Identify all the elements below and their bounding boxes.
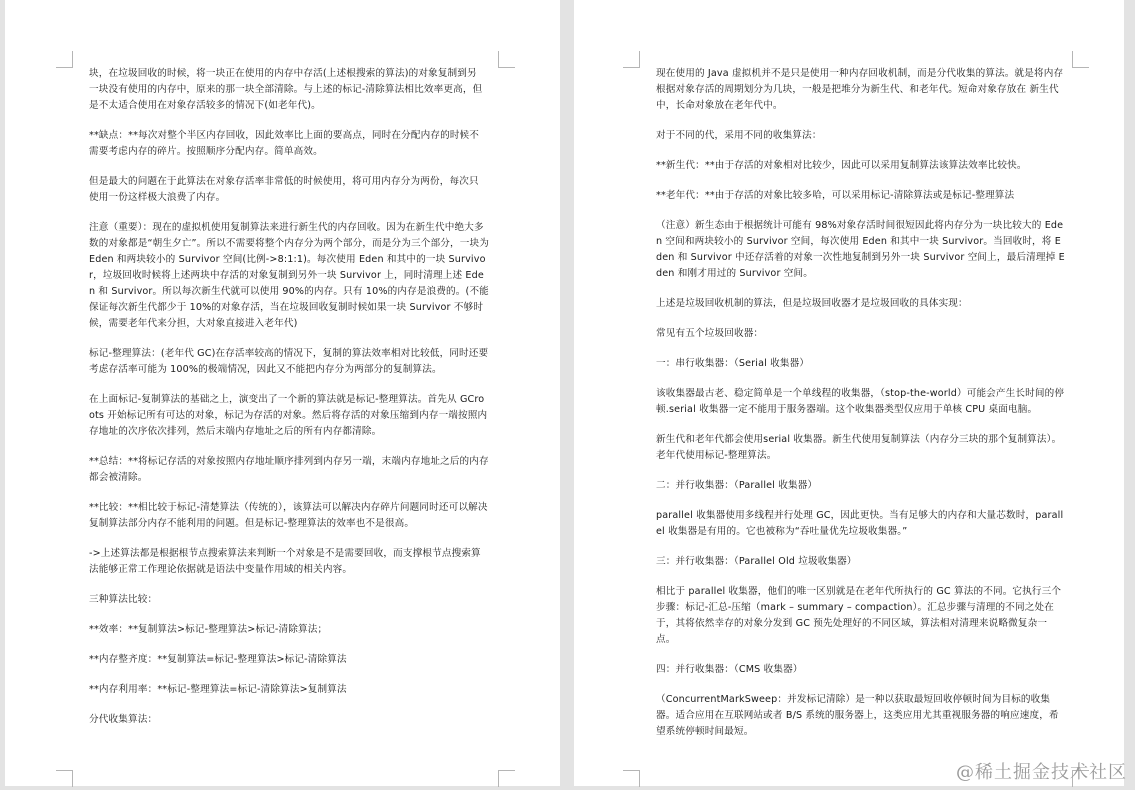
paragraph: 上述是垃圾回收机制的算法，但是垃圾回收器才是垃圾回收的具体实现： (656, 296, 1066, 312)
page-body-text[interactable]: 块，在垃圾回收的时候，将一块正在使用的内存中存活(上述根搜索的算法)的对象复制到… (89, 66, 489, 742)
paragraph: （注意）新生态由于根据统计可能有 98%对象存活时间很短因此将内存分为一块比较大… (656, 218, 1066, 282)
paragraph: **总结：**将标记存活的对象按照内存地址顺序排列到内存另一端，末端内存地址之后… (89, 454, 489, 486)
paragraph: 四：并行收集器：（CMS 收集器） (656, 662, 1066, 678)
paragraph: 注意（重要）：现在的虚拟机使用复制算法来进行新生代的内存回收。因为在新生代中绝大… (89, 220, 489, 332)
paragraph: **效率：**复制算法>标记-整理算法>标记-清除算法； (89, 622, 489, 638)
paragraph: 三：并行收集器：（Parallel Old 垃圾收集器） (656, 554, 1066, 570)
margin-corner-mark (56, 51, 73, 68)
margin-corner-mark (56, 770, 73, 787)
paragraph: 一：串行收集器：（Serial 收集器） (656, 356, 1066, 372)
margin-corner-mark (623, 51, 640, 68)
paragraph: 相比于 parallel 收集器，他们的唯一区别就是在老年代所执行的 GC 算法… (656, 584, 1066, 648)
paragraph: 标记-整理算法：(老年代 GC)在存活率较高的情况下，复制的算法效率相对比较低，… (89, 346, 489, 378)
margin-corner-mark (498, 51, 515, 68)
paragraph: **内存整齐度：**复制算法=标记-整理算法>标记-清除算法 (89, 652, 489, 668)
paragraph: 分代收集算法： (89, 712, 489, 728)
margin-corner-mark (1072, 51, 1089, 68)
paragraph: **缺点：**每次对整个半区内存回收，因此效率比上面的要高点，同时在分配内存的时… (89, 128, 489, 160)
paragraph: （ConcurrentMarkSweep：并发标记清除）是一种以获取最短回收停顿… (656, 692, 1066, 740)
document-page-right: 现在使用的 Java 虚拟机并不是只是使用一种内存回收机制，而是分代收集的算法。… (574, 0, 1124, 786)
margin-corner-mark (498, 770, 515, 787)
paragraph: 该收集器最古老、稳定简单是一个单线程的收集器，（stop-the-world）可… (656, 386, 1066, 418)
paragraph: 对于不同的代，采用不同的收集算法： (656, 128, 1066, 144)
paragraph: 在上面标记-复制算法的基础之上，演变出了一个新的算法就是标记-整理算法。首先从 … (89, 392, 489, 440)
page-body-text[interactable]: 现在使用的 Java 虚拟机并不是只是使用一种内存回收机制，而是分代收集的算法。… (656, 66, 1066, 754)
watermark: @稀土掘金技术社区 (956, 758, 1127, 784)
paragraph: 二：并行收集器：（Parallel 收集器） (656, 478, 1066, 494)
paragraph: 新生代和老年代都会使用serial 收集器。新生代使用复制算法（内存分三块的那个… (656, 432, 1066, 464)
margin-corner-mark (623, 770, 640, 787)
document-page-left: 块，在垃圾回收的时候，将一块正在使用的内存中存活(上述根搜索的算法)的对象复制到… (5, 0, 560, 786)
paragraph: 三种算法比较： (89, 592, 489, 608)
paragraph: 块，在垃圾回收的时候，将一块正在使用的内存中存活(上述根搜索的算法)的对象复制到… (89, 66, 489, 114)
paragraph: **新生代：**由于存活的对象相对比较少，因此可以采用复制算法该算法效率比较快。 (656, 158, 1066, 174)
paragraph: ->上述算法都是根据根节点搜索算法来判断一个对象是不是需要回收，而支撑根节点搜索… (89, 546, 489, 578)
paragraph: 现在使用的 Java 虚拟机并不是只是使用一种内存回收机制，而是分代收集的算法。… (656, 66, 1066, 114)
paragraph: **老年代：**由于存活的对象比较多哈，可以采用标记-清除算法或是标记-整理算法 (656, 188, 1066, 204)
paragraph: **比较：**相比较于标记-清楚算法（传统的），该算法可以解决内存碎片问题同时还… (89, 500, 489, 532)
paragraph: 但是最大的问题在于此算法在对象存活率非常低的时候使用，将可用内存分为两份，每次只… (89, 174, 489, 206)
paragraph: 常见有五个垃圾回收器： (656, 326, 1066, 342)
paragraph: **内存利用率：**标记-整理算法=标记-清除算法>复制算法 (89, 682, 489, 698)
paragraph: parallel 收集器使用多线程并行处理 GC，因此更快。当有足够大的内存和大… (656, 508, 1066, 540)
